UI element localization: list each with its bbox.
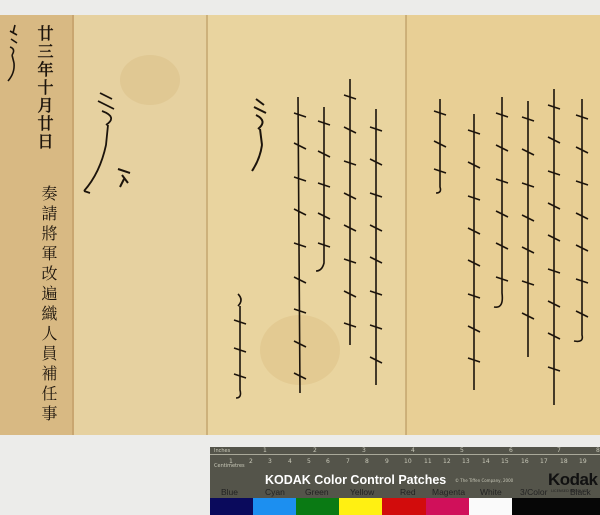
patch-magenta — [426, 498, 469, 515]
cm-mark: 2 — [249, 458, 253, 465]
script-column — [430, 95, 452, 195]
script-column — [542, 85, 568, 415]
cm-mark: 15 — [501, 458, 509, 465]
fold-line — [206, 15, 208, 435]
cm-mark: 1 — [229, 458, 233, 465]
ruler-baseline — [210, 454, 600, 455]
inch-mark: 4 — [411, 447, 415, 454]
script-signature-column — [228, 290, 254, 400]
cm-mark: 6 — [326, 458, 330, 465]
inch-mark: 7 — [557, 447, 561, 454]
cm-mark: 5 — [307, 458, 311, 465]
copyright-text: © The Tiffen Company, 2000 — [455, 478, 513, 483]
cm-mark: 19 — [579, 458, 587, 465]
script-column — [490, 93, 516, 313]
cm-mark: 18 — [560, 458, 568, 465]
kodak-color-target: Inches Centimetres 1 2 3 4 5 6 7 8 1 2 3… — [210, 447, 600, 515]
cm-mark: 3 — [268, 458, 272, 465]
fold-line — [405, 15, 407, 435]
cm-mark: 16 — [521, 458, 529, 465]
patch-label-3color: 3/Color — [520, 487, 547, 497]
patch-label-black: Black — [570, 487, 591, 497]
patch-green — [296, 498, 339, 515]
chinese-date-column: 廿三年十月廿日 — [36, 25, 52, 151]
inch-mark: 1 — [263, 447, 267, 454]
cm-mark: 17 — [540, 458, 548, 465]
target-title: KODAK Color Control Patches — [265, 473, 446, 487]
patch-label-green: Green — [305, 487, 329, 497]
cm-mark: 11 — [424, 458, 432, 465]
marginal-script-word — [6, 23, 20, 83]
cm-mark: 9 — [385, 458, 389, 465]
inch-mark: 5 — [460, 447, 464, 454]
cm-mark: 8 — [365, 458, 369, 465]
patch-label-blue: Blue — [221, 487, 238, 497]
inch-mark: 6 — [509, 447, 513, 454]
script-column — [364, 105, 390, 395]
inch-mark: 3 — [362, 447, 366, 454]
color-patches — [210, 498, 600, 515]
patch-red — [382, 498, 426, 515]
inch-mark: 2 — [313, 447, 317, 454]
script-column — [288, 93, 314, 403]
cm-mark: 12 — [443, 458, 451, 465]
patch-label-yellow: Yellow — [350, 487, 374, 497]
patch-label-cyan: Cyan — [265, 487, 285, 497]
script-signature — [78, 83, 138, 203]
script-column — [516, 97, 542, 367]
patch-label-red: Red — [400, 487, 416, 497]
ruler: Inches Centimetres 1 2 3 4 5 6 7 8 1 2 3… — [210, 447, 600, 473]
patch-blue — [210, 498, 253, 515]
script-column — [570, 95, 596, 345]
script-column — [312, 103, 338, 273]
cm-mark: 10 — [404, 458, 412, 465]
patch-yellow — [339, 498, 382, 515]
patch-3color-black — [512, 498, 600, 515]
cm-mark: 4 — [288, 458, 292, 465]
patch-cyan — [253, 498, 296, 515]
script-column — [338, 75, 364, 355]
script-column — [250, 95, 272, 175]
patch-label-white: White — [480, 487, 502, 497]
inch-mark: 8 — [596, 447, 600, 454]
cm-mark: 7 — [346, 458, 350, 465]
cm-mark: 13 — [462, 458, 470, 465]
patch-white — [469, 498, 512, 515]
chinese-body-column: 奏請將軍改遍織人員補任事 — [40, 185, 56, 425]
cm-mark: 14 — [482, 458, 490, 465]
patch-label-magenta: Magenta — [432, 487, 465, 497]
script-column — [462, 110, 488, 400]
manuscript-document: 廿三年十月廿日 奏請將軍改遍織人員補任事 — [0, 15, 600, 435]
